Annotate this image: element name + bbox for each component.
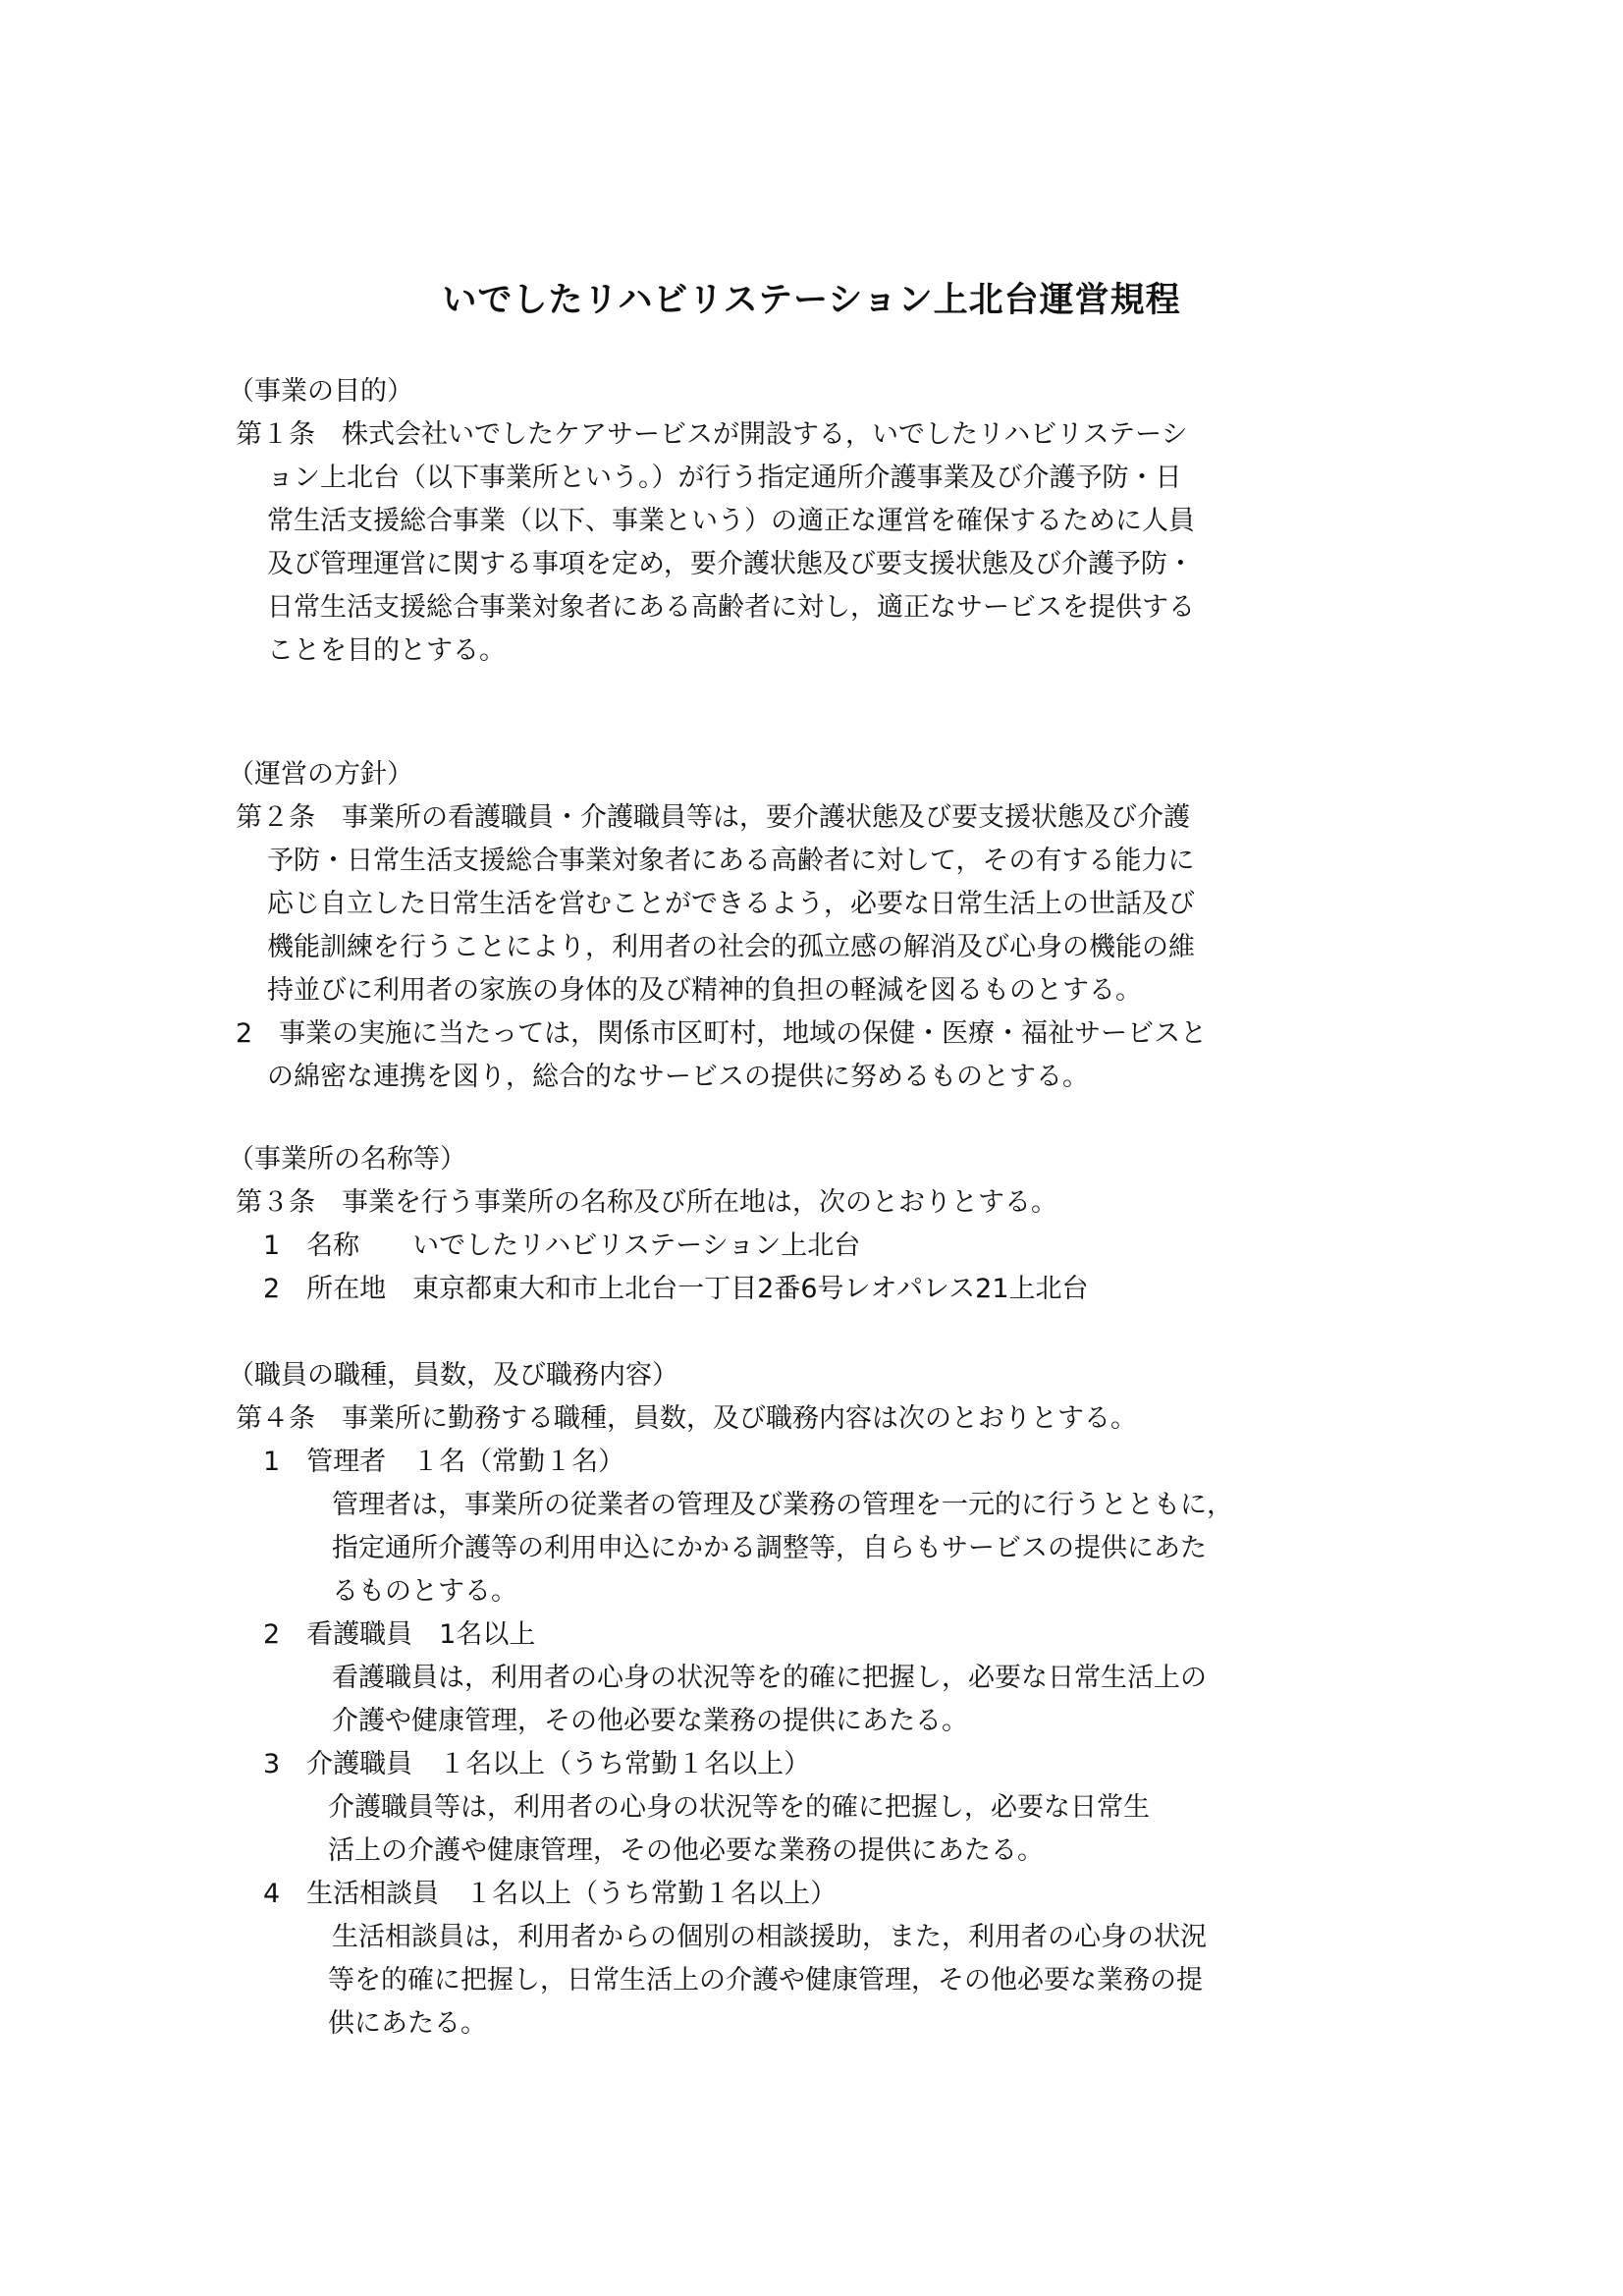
article-3-line: 第３条 事業を行う事業所の名称及び所在地は，次のとおりとする。 xyxy=(236,1186,1057,1220)
article-4-line: 生活相談員は，利用者からの個別の相談援助，また，利用者の心身の状況 xyxy=(332,1921,1207,1954)
article-3-item-name: 1 名称 いでしたリハビリステーション上北台 xyxy=(263,1230,860,1263)
article-4-heading: （職員の職種，員数，及び職務内容） xyxy=(228,1359,678,1393)
article-1-line: 日常生活支援総合事業対象者にある高齢者に対し，適正なサービスを提供する xyxy=(267,591,1195,625)
article-2-clause: 2 事業の実施に当たっては，関係市区町村，地域の保健・医療・福祉サービスと xyxy=(236,1017,1207,1051)
article-2-line: の綿密な連携を図り，総合的なサービスの提供に努めるものとする。 xyxy=(267,1061,1089,1094)
article-4-item-nurse: 2 看護職員 1名以上 xyxy=(263,1618,535,1652)
article-4-line: 活上の介護や健康管理，その他必要な業務の提供にあたる。 xyxy=(328,1834,1044,1868)
article-2-line: 予防・日常生活支援総合事業対象者にある高齢者に対して，その有する能力に xyxy=(267,845,1194,878)
article-4-line: 介護職員等は，利用者の心身の状況等を的確に把握し，必要な日常生 xyxy=(328,1791,1150,1825)
article-4-line: るものとする。 xyxy=(332,1575,517,1609)
article-1-line: 第１条 株式会社いでしたケアサービスが開設する，いでしたリハビリステーシ xyxy=(236,418,1188,452)
article-4-line: 看護職員は，利用者の心身の状況等を的確に把握し，必要な日常生活上の xyxy=(332,1662,1207,1695)
article-1-line: 及び管理運営に関する事項を定め，要介護状態及び要支援状態及び介護予防・ xyxy=(267,548,1194,581)
article-4-line: 等を的確に把握し，日常生活上の介護や健康管理，その他必要な業務の提 xyxy=(328,1964,1203,1997)
article-1-line: ョン上北台（以下事業所という。）が行う指定通所介護事業及び介護予防・日 xyxy=(267,462,1182,495)
article-2-line: 機能訓練を行うことにより，利用者の社会的孤立感の解消及び心身の機能の維 xyxy=(267,931,1195,964)
article-4-item-counselor: 4 生活相談員 １名以上（うち常勤１名以上） xyxy=(263,1878,837,1911)
article-4-item-manager: 1 管理者 １名（常勤１名） xyxy=(263,1446,624,1479)
article-1-heading: （事業の目的） xyxy=(228,375,413,409)
article-4-line: 管理者は，事業所の従業者の管理及び業務の管理を一元的に行うとともに， xyxy=(332,1489,1233,1522)
article-4-line: 第４条 事業所に勤務する職種，員数，及び職務内容は次のとおりとする。 xyxy=(236,1402,1137,1436)
article-2-line: 第２条 事業所の看護職員・介護職員等は，要介護状態及び要支援状態及び介護 xyxy=(236,801,1190,835)
article-4-line: 介護や健康管理，その他必要な業務の提供にあたる。 xyxy=(332,1705,968,1738)
article-1-line: 常生活支援総合事業（以下、事業という）の適正な運営を確保するために人員 xyxy=(267,505,1195,538)
article-4-line: 供にあたる。 xyxy=(328,2007,487,2041)
article-4-item-caregiver: 3 介護職員 １名以上（うち常勤１名以上） xyxy=(263,1748,810,1781)
article-2-line: 持並びに利用者の家族の身体的及び精神的負担の軽減を図るものとする。 xyxy=(267,974,1142,1008)
article-3-heading: （事業所の名称等） xyxy=(228,1143,466,1176)
article-4-line: 指定通所介護等の利用申込にかかる調整等，自らもサービスの提供にあた xyxy=(332,1532,1207,1565)
document-title: いでしたリハビリステーション上北台運営規程 xyxy=(0,273,1623,322)
article-1-line: ことを目的とする。 xyxy=(267,634,506,668)
article-2-line: 応じ自立した日常生活を営むことができるよう，必要な日常生活上の世話及び xyxy=(267,888,1195,921)
article-3-item-address: 2 所在地 東京都東大和市上北台一丁目2番6号レオパレス21上北台 xyxy=(263,1273,1089,1306)
article-2-heading: （運営の方針） xyxy=(228,758,413,792)
